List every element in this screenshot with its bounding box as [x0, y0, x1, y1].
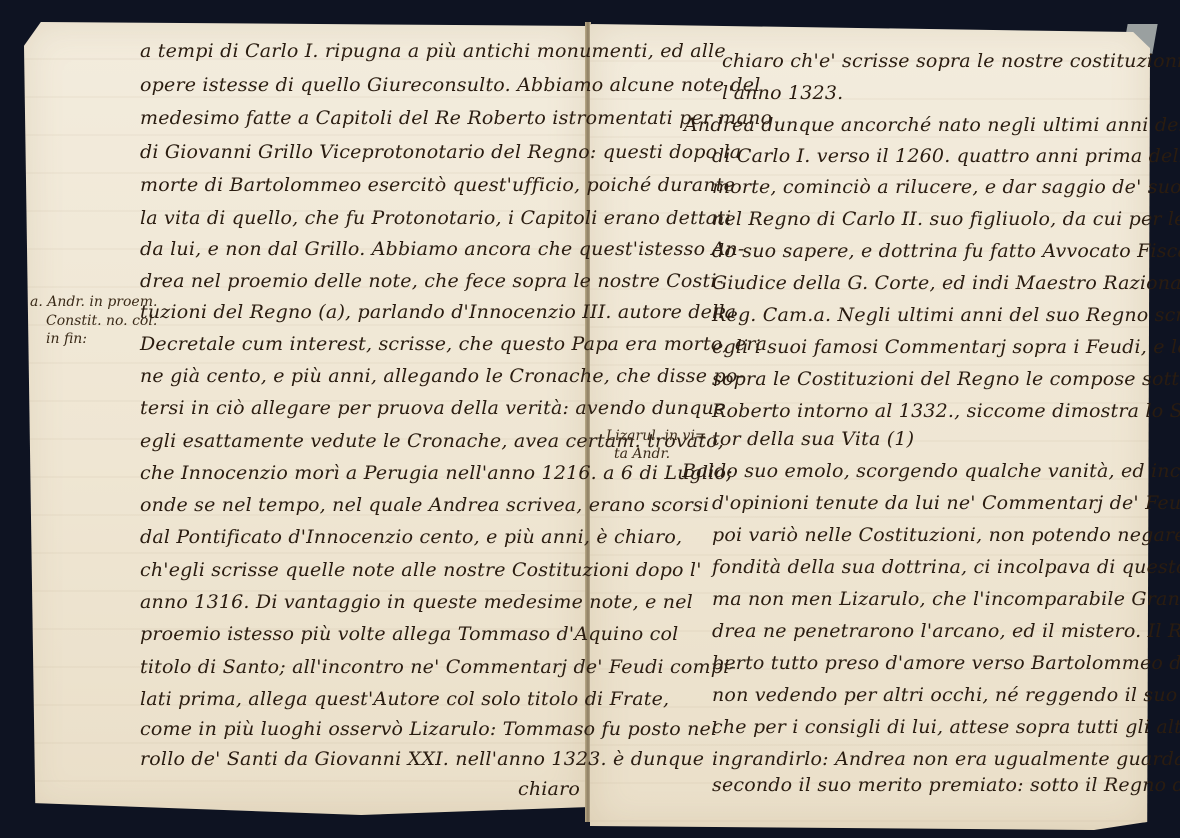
text-line: ne già cento, e più anni, allegando le C… — [140, 365, 744, 387]
text-line: a tempi di Carlo I. ripugna a più antich… — [140, 40, 726, 62]
text-line: la vita di quello, che fu Protonotario, … — [140, 207, 731, 229]
text-line: che per i consigli di lui, attese sopra … — [712, 716, 1180, 738]
text-line: Decretale cum interest, scrisse, che que… — [140, 333, 767, 355]
text-line: rollo de' Santi da Giovanni XXI. nell'an… — [140, 748, 704, 770]
text-line: poi variò nelle Costituzioni, non potend… — [712, 524, 1180, 546]
margin-note: a. Andr. in proem. — [30, 294, 157, 310]
text-line: tersi in ciò allegare per pruova della v… — [140, 397, 725, 419]
text-line: drea ne penetrarono l'arcano, ed il mist… — [712, 620, 1180, 642]
text-line: Baldo suo emolo, scorgendo qualche vanit… — [682, 460, 1180, 482]
text-line: d'opinioni tenute da lui ne' Commentarj … — [712, 492, 1180, 514]
text-line: l'anno 1323. — [722, 82, 843, 104]
text-line: ma non men Lizarulo, che l'incomparabile… — [712, 588, 1180, 610]
text-line: do suo sapere, e dottrina fu fatto Avvoc… — [712, 240, 1180, 262]
text-line: Roberto intorno al 1332., siccome dimost… — [712, 400, 1180, 422]
text-line: opere istesse di quello Giureconsulto. A… — [140, 74, 761, 96]
text-line: medesimo fatte a Capitoli del Re Roberto… — [140, 107, 772, 129]
text-line: Reg. Cam.a. Negli ultimi anni del suo Re… — [712, 304, 1180, 326]
text-line: di Giovanni Grillo Viceprotonotario del … — [140, 141, 741, 163]
text-line: di Carlo I. verso il 1260. quattro anni … — [712, 145, 1180, 167]
text-line: titolo di Santo; all'incontro ne' Commen… — [140, 656, 736, 678]
text-line: dal Pontificato d'Innocenzio cento, e pi… — [140, 526, 682, 548]
text-line: ch'egli scrisse quelle note alle nostre … — [140, 559, 702, 581]
text-line: ingrandirlo: Andrea non era ugualmente g… — [712, 748, 1180, 770]
text-line: egli i suoi famosi Commentarj sopra i Fe… — [712, 336, 1180, 358]
text-line: sopra le Costituzioni del Regno le compo… — [712, 368, 1180, 390]
text-line: Andrea dunque ancorché nato negli ultimi… — [684, 114, 1180, 136]
text-line: lati prima, allega quest'Autore col solo… — [140, 688, 669, 710]
text-line: che Innocenzio morì a Perugia nell'anno … — [140, 462, 733, 484]
text-line: fondità della sua dottrina, ci incolpava… — [712, 556, 1180, 578]
text-line: secondo il suo merito premiato: sotto il… — [712, 774, 1180, 796]
text-line: anno 1316. Di vantaggio in queste medesi… — [140, 591, 693, 613]
text-line: morte, cominciò a rilucere, e dar saggio… — [712, 176, 1180, 198]
margin-note: in fin: — [46, 331, 87, 347]
text-line: Giudice della G. Corte, ed indi Maestro … — [712, 272, 1180, 294]
catchword: chiaro — [518, 778, 580, 800]
text-line: nel Regno di Carlo II. suo figliuolo, da… — [712, 208, 1180, 230]
text-line: chiaro ch'e' scrisse sopra le nostre cos… — [722, 50, 1180, 72]
text-line: onde se nel tempo, nel quale Andrea scri… — [140, 494, 709, 516]
text-line: come in più luoghi osservò Lizarulo: Tom… — [140, 718, 717, 740]
text-line: da lui, e non dal Grillo. Abbiamo ancora… — [140, 238, 744, 260]
text-line: proemio istesso più volte allega Tommaso… — [140, 623, 678, 645]
text-line: drea nel proemio delle note, che fece so… — [140, 270, 723, 292]
margin-note: ta Andr. — [614, 446, 670, 462]
margin-note: Lizarul. in vi= — [606, 428, 707, 444]
text-line: tor della sua Vita (1) — [712, 428, 914, 450]
text-line: berto tutto preso d'amore verso Bartolom… — [712, 652, 1180, 674]
text-line: non vedendo per altri occhi, né reggendo… — [712, 684, 1180, 706]
text-line: morte di Bartolommeo esercitò quest'uffi… — [140, 174, 735, 196]
text-line: tuzioni del Regno (a), parlando d'Innoce… — [140, 301, 736, 323]
